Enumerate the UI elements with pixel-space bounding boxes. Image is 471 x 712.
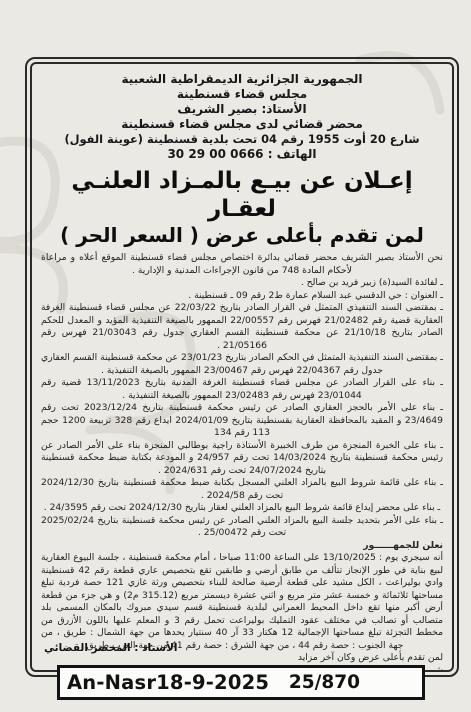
court-decision-paragraph: ـ بناء على القرار الصادر عن مجلس قضاء قس… [41, 377, 443, 402]
auction-subtitle: لمن تقدم بأعلى عرض ( السعر الحر ) [41, 223, 443, 248]
header-line-phone: الهاتف : 0666 00 29 30 [41, 147, 443, 162]
publication-stamp: An-Nasr18-9-2025 25/870 [57, 665, 425, 700]
letterhead: الجمهورية الجزائرية الديمقراطية الشعبية … [41, 72, 443, 162]
conditions-list-paragraph: ـ بناء على قائمة شروط البيع بالمزاد العل… [41, 477, 443, 502]
address-line: ـ العنوان : حي الدقسي عبد السلام عمارة ط… [41, 290, 443, 303]
frame-inner-line: الجمهورية الجزائرية الديمقراطية الشعبية … [30, 62, 454, 672]
auction-title: إعـلان عن بيـع بالمـزاد العلنـي لعقـار [41, 167, 443, 223]
seizure-order-paragraph: ـ بناء على الأمر بالحجز العقاري الصادر ع… [41, 402, 443, 440]
bailiff-signature: الأستاذ : المحضر القضائي [44, 642, 178, 654]
executive-title-paragraph: ـ بمقتضى السند التنفيذية المتمثل في الحك… [41, 352, 443, 377]
header-line-republic: الجمهورية الجزائرية الديمقراطية الشعبية [41, 72, 443, 87]
header-line-bailiff-name: الأستاذ: بصير الشريف [41, 102, 443, 117]
scanned-document-sheet: الجمهورية الجزائرية الديمقراطية الشعبية … [0, 0, 471, 712]
header-line-council: مجلس قضاء قسنطينة [41, 87, 443, 102]
deposit-report-paragraph: ـ بناء على محضر إيداع قائمة شروط البيع ب… [41, 502, 443, 515]
beneficiary-line: ـ لفائدة السيد(ة) زبير فريد بن صالح . [41, 277, 443, 290]
announcement-border-frame: الجمهورية الجزائرية الديمقراطية الشعبية … [25, 57, 459, 677]
property-description-paragraph: أنه سيجري يوم : 13/10/2025 على الساعة 11… [41, 552, 443, 652]
expertise-paragraph: ـ بناء على الخبرة المنجزة من طرف الخبيرة… [41, 440, 443, 478]
executive-title-paragraph: ـ بمقتضى السند التنفيذي المتمثل في القرا… [41, 302, 443, 352]
announce-to-public-heading: نعلن للجمهــــــور [41, 540, 443, 553]
stamp-reference-number: 25/870 [289, 672, 360, 693]
stamp-publication-date: An-Nasr18-9-2025 [60, 671, 269, 694]
announcement-body: نحن الأستاذ بصير الشريف محضر قضائي بدائر… [41, 252, 443, 672]
header-line-address: شارع 20 أوت 1955 رقم 04 تحت بلدية قسنطين… [41, 132, 443, 147]
header-line-bailiff-title: محضر قضائي لدى مجلس قضاء قسنطينة [41, 117, 443, 132]
session-order-paragraph: ـ بناء على الأمر بتحديد جلسة البيع بالمز… [41, 515, 443, 540]
intro-paragraph: نحن الأستاذ بصير الشريف محضر قضائي بدائر… [41, 252, 443, 277]
frame-outer-line: الجمهورية الجزائرية الديمقراطية الشعبية … [25, 57, 459, 677]
